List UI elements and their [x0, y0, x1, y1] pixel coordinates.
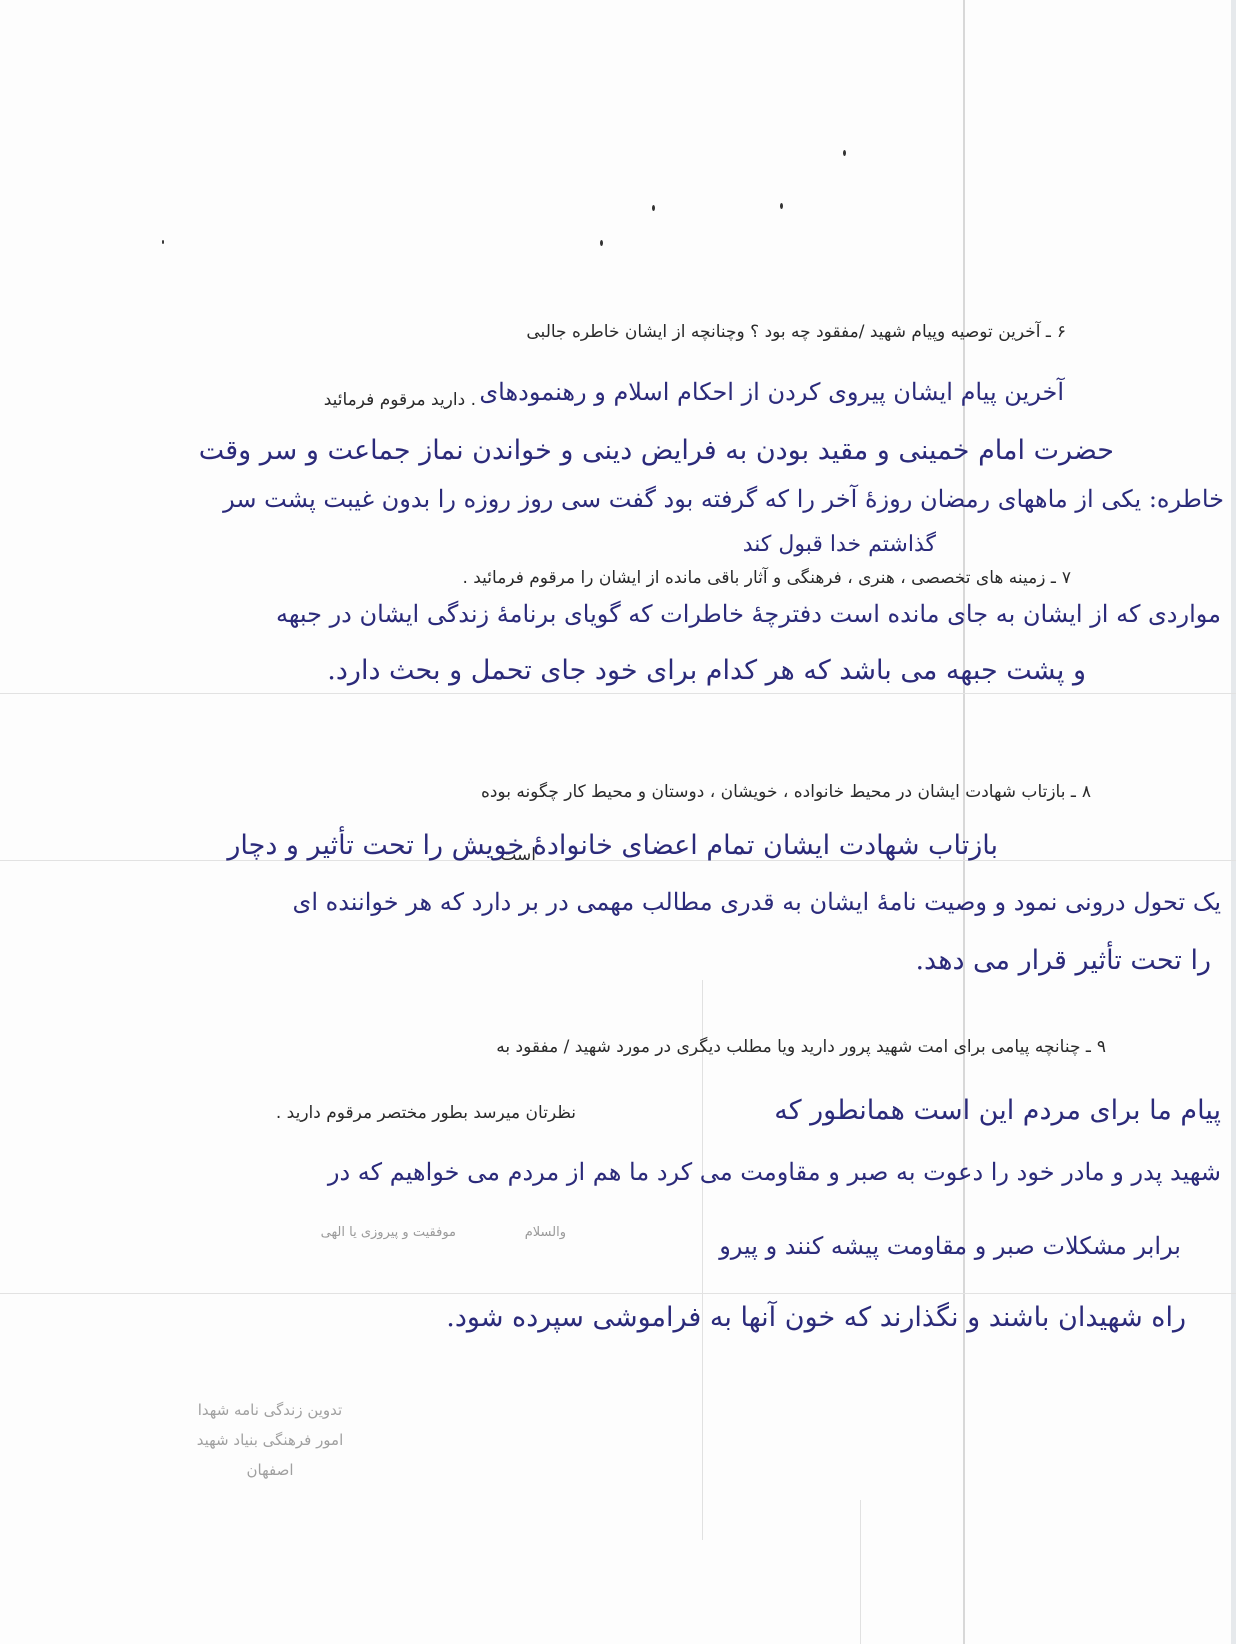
- question-8-printed: ۸ـ بازتاب شهادت ایشان در محیط خانواده ، …: [481, 782, 1091, 802]
- question-7-printed: ۷ـ زمینه های تخصصی ، هنری ، فرهنگی و آثا…: [462, 568, 1071, 588]
- question-9-printed: ۹ـ چنانچه پیامی برای امت شهید پرور دارید…: [496, 1037, 1106, 1057]
- answer-9-line-2: شهید پدر و مادر خود را دعوت به صبر و مقا…: [328, 1158, 1221, 1186]
- fold-crease-vertical-faint: [860, 1500, 861, 1644]
- answer-7-line-2: و پشت جبهه می باشد که هر کدام برای خود ج…: [327, 655, 1086, 686]
- answer-6-line-4: گذاشتم خدا قبول کند: [743, 532, 936, 557]
- fold-crease-vertical-faint: [702, 980, 703, 1540]
- question-number: ۶: [1057, 322, 1066, 342]
- closing-salutation: والسلام: [525, 1225, 566, 1240]
- answer-6-line-3: خاطره: یکی از ماههای رمضان روزهٔ آخر را …: [223, 485, 1224, 513]
- question-text: ـ زمینه های تخصصی ، هنری ، فرهنگی و آثار…: [462, 568, 1055, 588]
- scanned-page: ۶ـ آخرین توصیه وپیام شهید /مفقود چه بود …: [0, 0, 1236, 1644]
- stamp-line: تدوین زندگی نامه شهدا: [110, 1395, 430, 1425]
- answer-7-line-1: مواردی که از ایشان به جای مانده است دفتر…: [276, 600, 1221, 628]
- scan-speck: [843, 150, 846, 156]
- question-number: ۸: [1082, 782, 1091, 802]
- answer-8-line-1: بازتاب شهادت ایشان تمام اعضای خانوادهٔ خ…: [227, 830, 998, 861]
- fold-crease-vertical: [963, 0, 965, 1644]
- question-text: ـ چنانچه پیامی برای امت شهید پرور دارید …: [496, 1037, 1091, 1057]
- stamp-block: تدوین زندگی نامه شهدا امور فرهنگی بنیاد …: [110, 1395, 430, 1485]
- scan-speck: [780, 203, 783, 209]
- page-edge: [1231, 0, 1236, 1644]
- question-text: ـ بازتاب شهادت ایشان در محیط خانواده ، خ…: [481, 782, 1076, 802]
- fold-crease-horizontal: [0, 693, 1236, 694]
- fold-crease-horizontal: [0, 1293, 1236, 1294]
- scan-speck: [652, 205, 655, 211]
- stamp-line: اصفهان: [110, 1455, 430, 1485]
- answer-9-line-4: راه شهیدان باشند و نگذارند که خون آنها ب…: [446, 1302, 1186, 1333]
- scan-speck: [162, 240, 164, 244]
- question-6-printed-cont: . دارید مرقوم فرمائید: [324, 390, 476, 410]
- stamp-line: امور فرهنگی بنیاد شهید: [110, 1425, 430, 1455]
- scan-speck: [600, 240, 603, 246]
- question-6-printed: ۶ـ آخرین توصیه وپیام شهید /مفقود چه بود …: [526, 322, 1066, 342]
- answer-8-line-2: یک تحول درونی نمود و وصیت نامهٔ ایشان به…: [293, 888, 1221, 916]
- answer-6-line-1: آخرین پیام ایشان پیروی کردن از احکام اسل…: [479, 378, 1064, 406]
- question-text: ـ آخرین توصیه وپیام شهید /مفقود چه بود ؟…: [526, 322, 1050, 342]
- answer-9-line-3: برابر مشکلات صبر و مقاومت پیشه کنند و پی…: [719, 1232, 1181, 1260]
- question-number: ۷: [1062, 568, 1071, 588]
- answer-8-line-3: را تحت تأثیر قرار می دهد.: [915, 945, 1211, 976]
- question-9-printed-cont: نظرتان میرسد بطور مختصر مرقوم دارید .: [276, 1103, 576, 1123]
- answer-6-line-2: حضرت امام خمینی و مقید بودن به فرایض دین…: [199, 435, 1114, 466]
- closing-salutation-tail: موفقیت و پیروزی یا الهی: [321, 1225, 456, 1240]
- question-number: ۹: [1097, 1037, 1106, 1057]
- answer-9-line-1: پیام ما برای مردم این است همانطور که: [774, 1095, 1221, 1126]
